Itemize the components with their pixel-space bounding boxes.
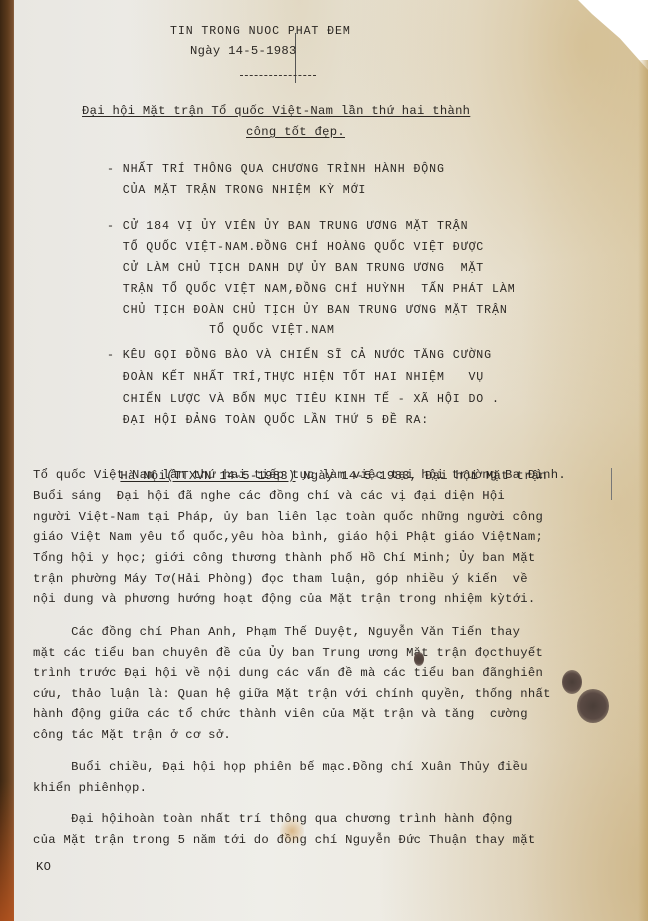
paragraph-2-line-5: hành động giữa các tổ chức thành viên củ…	[33, 707, 528, 721]
summary-point-2-line-4: TRẬN TỔ QUỐC VIỆT NAM,ĐỒNG CHÍ HUỲNH TẤN…	[107, 283, 516, 296]
paragraph-2-line-4: cứu, thảo luận là: Quan hệ giữa Mặt trận…	[33, 687, 551, 701]
paragraph-1-line-7: trận phường Máy Tơ(Hải Phòng) đọc tham l…	[33, 572, 528, 586]
water-stain	[280, 815, 304, 847]
margin-line-mark	[611, 468, 612, 500]
headline-line-1: Đại hội Mặt trận Tổ quốc Việt-Nam lần th…	[82, 104, 470, 118]
header-separator	[240, 75, 316, 76]
paragraph-1-line-2: Tổ quốc Việt Nam lần thứ hai tiếp tục là…	[33, 468, 566, 482]
date-line: Ngày 14-5-1983	[190, 44, 297, 58]
summary-point-2-line-6: TỔ QUỐC VIỆT.NAM	[107, 324, 335, 337]
paragraph-2-line-6: công tác Mặt trận ở cơ sở.	[33, 728, 231, 742]
ink-blot	[577, 689, 609, 723]
paragraph-3-line-2: khiển phiênhọp.	[33, 781, 147, 795]
paragraph-1-line-4: người Việt-Nam tại Pháp, ủy ban liên lạc…	[33, 510, 543, 524]
paragraph-2-line-1: Các đồng chí Phan Anh, Phạm Thế Duyệt, N…	[33, 625, 520, 639]
summary-point-2-line-3: CỬ LÀM CHỦ TỊCH DANH DỰ ỦY BAN TRUNG ƯƠN…	[107, 262, 484, 275]
summary-point-3-line-1: - KÊU GỌI ĐỒNG BÀO VÀ CHIẾN SĨ CẢ NƯỚC T…	[107, 349, 492, 362]
ink-blot	[414, 652, 424, 666]
aged-paper-edge	[638, 60, 648, 921]
summary-point-2-line-2: TỔ QUỐC VIỆT-NAM.ĐỒNG CHÍ HOÀNG QUỐC VIỆ…	[107, 241, 484, 254]
paragraph-1-line-6: Tổng hội y học; giới công thương thành p…	[33, 551, 536, 565]
typist-initials: KO	[36, 860, 51, 874]
paragraph-3-line-1: Buổi chiều, Đại hội họp phiên bế mạc.Đồn…	[33, 760, 528, 774]
summary-point-2-line-5: CHỦ TỊCH ĐOÀN CHỦ TỊCH ỦY BAN TRUNG ƯƠNG…	[107, 304, 508, 317]
summary-point-1-line-2: CỦA MẶT TRẬN TRONG NHIỆM KỲ MỚI	[107, 184, 366, 197]
summary-point-3-line-3: CHIẾN LƯỢC VÀ BỐN MỤC TIÊU KINH TẾ - XÃ …	[107, 393, 500, 406]
paragraph-4-line-1: Đại hộihoàn toàn nhất trí thông qua chươ…	[33, 812, 513, 826]
agency-line: TIN TRONG NUOC PHAT ĐEM	[170, 25, 351, 38]
summary-point-3-line-2: ĐOÀN KẾT NHẤT TRÍ,THỰC HIỆN TỐT HAI NHIỆ…	[107, 371, 484, 384]
summary-point-1-line-1: - NHẤT TRÍ THÔNG QUA CHƯƠNG TRÌNH HÀNH Đ…	[107, 163, 445, 176]
paragraph-2-line-2: mặt các tiểu ban chuyên đề của Ủy ban Tr…	[33, 646, 543, 660]
headline-line-2: công tốt đẹp.	[246, 125, 345, 139]
paragraph-1-line-8: nội dung và phương hướng hoạt động của M…	[33, 592, 536, 606]
typewritten-document-page: TIN TRONG NUOC PHAT ĐEM Ngày 14-5-1983 Đ…	[14, 0, 648, 921]
summary-point-3-line-4: ĐẠI HỘI ĐẢNG TOÀN QUỐC LẦN THỨ 5 ĐỀ RA:	[107, 414, 429, 427]
paragraph-1-line-3: Buổi sáng Đại hội đã nghe các đồng chí v…	[33, 489, 505, 503]
paragraph-2-line-3: trình trước Đại hội về nội dung các vấn …	[33, 666, 543, 680]
ink-blot	[562, 670, 582, 694]
paragraph-1-line-5: giáo Việt Nam yêu tổ quốc,yêu hòa bình, …	[33, 530, 543, 544]
summary-point-2-line-1: - CỬ 184 VỊ ỦY VIÊN ỦY BAN TRUNG ƯƠNG MẶ…	[107, 220, 468, 233]
